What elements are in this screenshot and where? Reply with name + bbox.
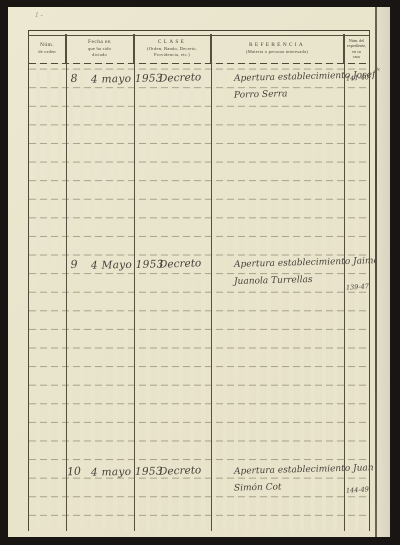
column-header-subtitle: que ha sido dictado [88,46,111,57]
entry-reference-line2: Simón Cot [234,482,282,493]
pencil-mark: 1- [35,11,45,19]
column-header-subtitle: (Orden, Bando, Decreto, Providencia, etc… [147,46,197,57]
register-entry: 10 4 mayo 1953 Decreto Apertura establec… [29,464,369,506]
column-header-subtitle: expediente, en su caso [347,43,366,59]
entry-class: Decreto [159,464,202,477]
register-table: Núm. de orden Fecha en que ha sido dicta… [28,30,370,531]
column-header-num-orden: Núm. de orden [29,34,66,63]
column-header-subtitle: de orden [38,49,56,55]
column-header-clase: CLASE (Orden, Bando, Decreto, Providenci… [134,34,211,63]
entry-file-number: 141-40 [346,73,369,83]
column-header-subtitle: (Materia o persona interesada) [246,49,308,55]
column-header-num-expediente: Núm. del expediente, en su caso [344,34,369,63]
entry-date: 4 mayo 1953 [91,465,163,478]
column-header-title: Núm. [40,42,54,49]
adjacent-page-strip [377,7,390,537]
column-header-title: Fecha en [88,39,111,46]
entry-reference-line2: Juanola Turrellas [234,275,313,287]
entry-class: Decreto [159,71,202,84]
entry-reference-line1: Apertura establecimiento Juan [234,463,374,477]
register-entry: 9 4 Mayo 1953 Decreto Apertura estableci… [29,257,369,299]
entry-reference-line2: Porro Serra [234,89,288,100]
entry-class: Decreto [159,257,202,270]
entry-reference-line1: Apertura establecimiento Jaime [234,256,379,270]
entry-file-number: 139-47 [346,282,369,292]
column-header-title: CLASE [158,39,186,46]
column-header-title: REFERENCIA [249,42,305,49]
entry-order-number: 10 [59,464,90,479]
column-header-referencia: REFERENCIA (Materia o persona interesada… [211,34,344,63]
register-entry: 8 4 mayo 1953 Decreto Apertura estableci… [29,71,369,113]
column-header-fecha: Fecha en que ha sido dictado [66,34,134,63]
entry-order-number: 8 [59,71,90,86]
entry-order-number: 9 [59,257,90,272]
entry-date: 4 mayo 1953 [91,72,163,85]
entry-date: 4 Mayo 1953 [91,258,164,271]
table-header-row: Núm. de orden Fecha en que ha sido dicta… [29,34,369,64]
entry-file-number: 144-49 [346,485,369,495]
scanned-page: 1- Núm. de orden Fecha en que ha sido di… [8,7,390,537]
